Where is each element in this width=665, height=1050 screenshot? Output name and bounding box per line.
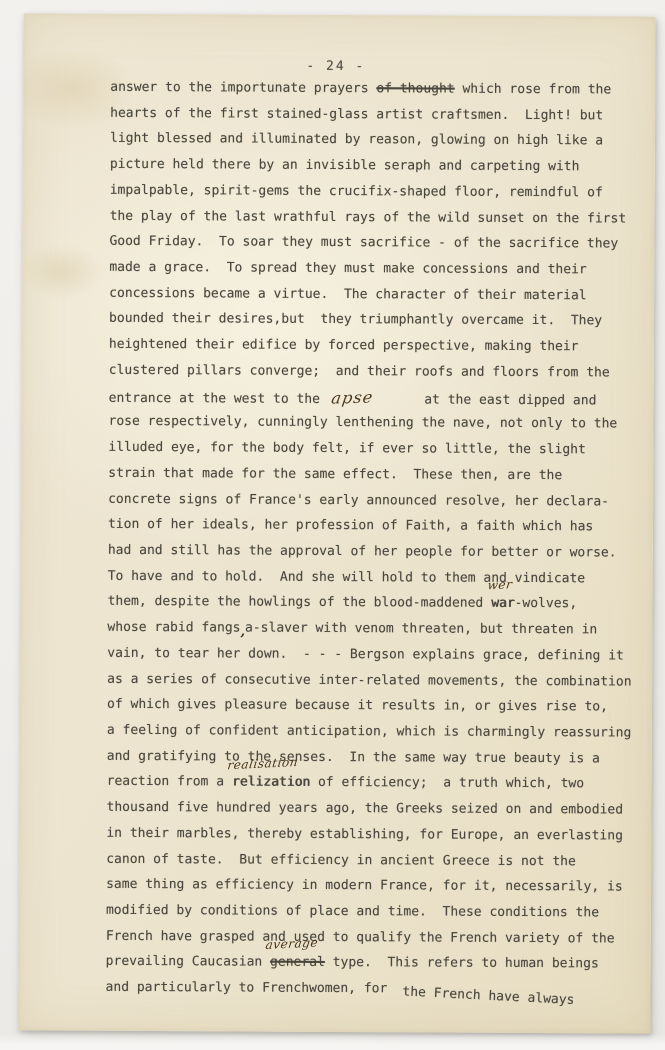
typed-text: thousand five hundred years ago, the Gre… bbox=[106, 800, 623, 818]
typed-line: clustered pillars converge; and their ro… bbox=[109, 358, 649, 387]
struck-text: general bbox=[270, 955, 325, 970]
handwritten-correction: average bbox=[265, 937, 319, 951]
typed-text: of efficiency; a truth which, two bbox=[310, 775, 584, 791]
corrected-word: werwar bbox=[491, 591, 515, 617]
typed-line: reaction from a realisationrelization of… bbox=[107, 769, 647, 798]
handwritten-correction: wer bbox=[486, 579, 512, 592]
handwritten-correction: realisation bbox=[227, 756, 299, 771]
background-strip bbox=[0, 1034, 665, 1050]
typed-text: the play of the last wrathful rays of th… bbox=[110, 208, 627, 226]
typed-text: light blessed and illuminated by reason,… bbox=[110, 131, 603, 149]
photographed-manuscript: { "page": { "number_label": "- 24 -", "c… bbox=[0, 0, 665, 1050]
typed-text: strain that made for the same effect. Th… bbox=[108, 466, 562, 483]
typed-text: in their marbles, thereby establishing, … bbox=[106, 826, 623, 844]
typed-line: of which gives pleasure because it resul… bbox=[107, 692, 647, 721]
typed-text: a-slaver with venom threaten, but threat… bbox=[245, 621, 597, 638]
typed-text: as a series of consecutive inter-related… bbox=[107, 671, 631, 689]
typed-line: canon of taste. But efficiency in ancien… bbox=[106, 846, 646, 875]
typed-line: entrance at the west to the apse at the … bbox=[109, 383, 649, 412]
typed-line: thousand five hundred years ago, the Gre… bbox=[106, 795, 646, 824]
typed-text: clustered pillars converge; and their ro… bbox=[109, 363, 610, 381]
typed-line: rose respectively, cunningly lenthening … bbox=[108, 409, 648, 438]
typed-line: concessions became a virtue. The charact… bbox=[109, 281, 649, 310]
typed-text: had and still has the approval of her pe… bbox=[108, 543, 617, 561]
handwritten-text: apse bbox=[326, 384, 380, 411]
typed-line: whose rabid fangs,a-slaver with venom th… bbox=[107, 615, 647, 644]
typed-text: and gratifying to the senses. In the sam… bbox=[107, 748, 600, 766]
typed-text: French have grasped and used to qualify … bbox=[106, 929, 615, 947]
typed-text: picture held there by an invisible serap… bbox=[110, 157, 580, 174]
typed-text: bounded their desires,but they triumphan… bbox=[109, 311, 602, 329]
typed-line: Good Friday. To soar they must sacrifice… bbox=[109, 229, 649, 258]
typed-line: same thing as efficiency in modern Franc… bbox=[106, 872, 646, 901]
typed-line: To have and to hold. And she will hold t… bbox=[108, 563, 648, 592]
typed-line: vain, to tear her down. - - - Bergson ex… bbox=[107, 641, 647, 670]
typed-line: and particularly to Frenchwomen, for the… bbox=[105, 975, 645, 1004]
typed-text: canon of taste. But efficiency in ancien… bbox=[106, 851, 576, 868]
typed-text: them, despite the howlings of the blood-… bbox=[108, 594, 492, 611]
struck-text: of thought bbox=[376, 81, 454, 96]
manuscript-page: - 24 - answer to the importunate prayers… bbox=[18, 13, 655, 1033]
typed-text: and particularly to Frenchwomen, for bbox=[106, 980, 403, 997]
typed-line: tion of her ideals, her profession of Fa… bbox=[108, 512, 648, 541]
typed-line: heightened their edifice by forced persp… bbox=[109, 332, 649, 361]
typed-text: at the east dipped and bbox=[377, 392, 596, 408]
typed-line: in their marbles, thereby establishing, … bbox=[106, 821, 646, 850]
typed-line: illuded eye, for the body felt, if ever … bbox=[108, 435, 648, 464]
typed-line: light blessed and illuminated by reason,… bbox=[110, 126, 650, 155]
typed-line: and gratifying to the senses. In the sam… bbox=[107, 743, 647, 772]
page-number: - 24 - bbox=[306, 59, 365, 74]
typed-line: them, despite the howlings of the blood-… bbox=[108, 589, 648, 618]
typed-text: reaction from a bbox=[107, 774, 232, 790]
typed-text: war bbox=[491, 596, 515, 611]
typed-line: hearts of the first stained-glass artist… bbox=[110, 101, 650, 130]
typed-text: impalpable, spirit-gems the crucifix-sha… bbox=[110, 183, 603, 201]
typed-text: which rose from the bbox=[455, 82, 612, 98]
typed-text: concessions became a virtue. The charact… bbox=[109, 286, 587, 303]
typed-line: picture held there by an invisible serap… bbox=[110, 152, 650, 181]
typed-text: the French have always bbox=[402, 980, 575, 1014]
typed-line: impalpable, spirit-gems the crucifix-sha… bbox=[110, 178, 650, 207]
typed-line: the play of the last wrathful rays of th… bbox=[110, 203, 650, 232]
typed-text: a feeling of confident anticipation, whi… bbox=[107, 723, 631, 741]
typed-line: made a grace. To spread they must make c… bbox=[109, 255, 649, 284]
typed-line: bounded their desires,but they triumphan… bbox=[109, 306, 649, 335]
typed-line: strain that made for the same effect. Th… bbox=[108, 461, 648, 490]
typed-text: tion of her ideals, her profession of Fa… bbox=[108, 517, 593, 535]
typed-text: heightened their edifice by forced persp… bbox=[109, 337, 579, 354]
typed-line: French have grasped and used to qualify … bbox=[106, 924, 646, 953]
typed-text: vain, to tear her down. - - - Bergson ex… bbox=[107, 646, 624, 664]
typed-text: of which gives pleasure because it resul… bbox=[107, 697, 608, 715]
typed-text: answer to the importunate prayers bbox=[110, 80, 376, 96]
typed-text: whose rabid fangs bbox=[107, 620, 240, 636]
handwritten-text: , bbox=[240, 620, 245, 646]
typed-text: rose respectively, cunningly lenthening … bbox=[108, 414, 617, 432]
typed-text: Good Friday. To soar they must sacrifice… bbox=[109, 234, 618, 252]
typed-text: prevailing Caucasian bbox=[106, 954, 270, 970]
typed-line: answer to the importunate prayers of tho… bbox=[110, 75, 650, 104]
typed-line: as a series of consecutive inter-related… bbox=[107, 666, 647, 695]
typed-text: relization bbox=[232, 775, 310, 790]
typed-text: modified by conditions of place and time… bbox=[106, 903, 599, 921]
text-block: answer to the importunate prayers of tho… bbox=[105, 75, 650, 1004]
typed-text: illuded eye, for the body felt, if ever … bbox=[108, 440, 586, 457]
typed-line: prevailing Caucasian averagegeneral type… bbox=[106, 949, 646, 978]
typed-text: type. This refers to human beings bbox=[325, 955, 599, 971]
typed-line: had and still has the approval of her pe… bbox=[108, 538, 648, 567]
typed-line: a feeling of confident anticipation, whi… bbox=[107, 718, 647, 747]
typed-text: same thing as efficiency in modern Franc… bbox=[106, 877, 623, 895]
corrected-word: realisationrelization bbox=[232, 770, 310, 796]
typed-line: modified by conditions of place and time… bbox=[106, 898, 646, 927]
typed-text: hearts of the first stained-glass artist… bbox=[110, 106, 603, 124]
typed-text: -wolves, bbox=[515, 596, 578, 611]
typed-line: concrete signs of France's early announc… bbox=[108, 486, 648, 515]
typed-text: concrete signs of France's early announc… bbox=[108, 491, 609, 509]
corrected-word: averagegeneral bbox=[270, 950, 325, 976]
typed-text: entrance at the west to the bbox=[109, 390, 328, 406]
typed-text: made a grace. To spread they must make c… bbox=[109, 260, 587, 277]
